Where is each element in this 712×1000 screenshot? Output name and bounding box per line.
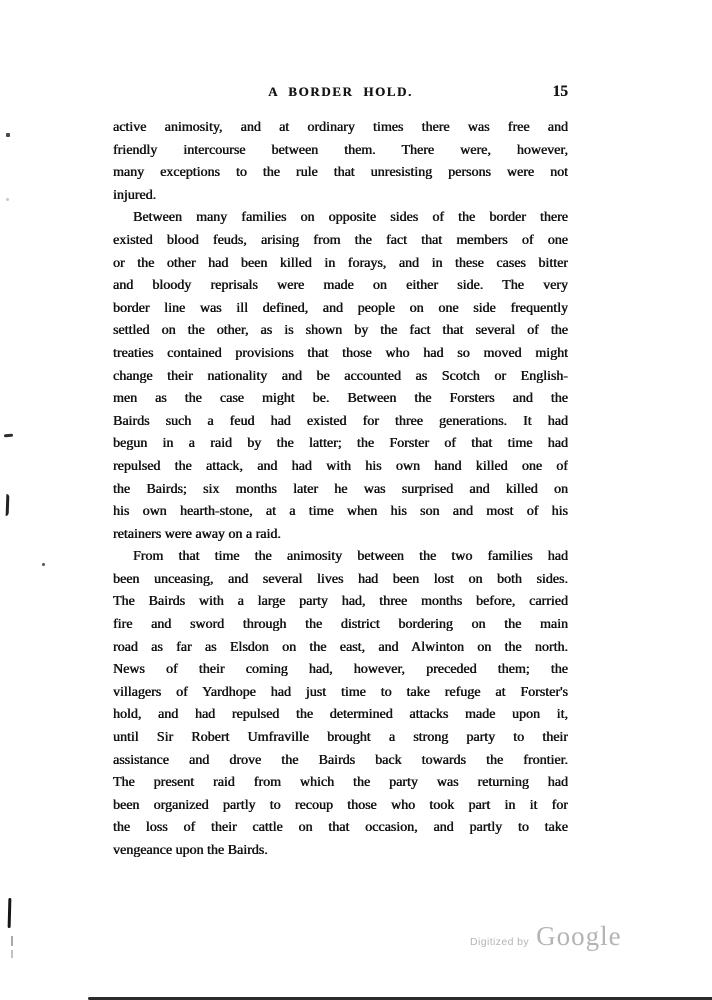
text-line: The Bairds with a large party had, three…	[113, 591, 568, 614]
text-line: The present raid from which the party wa…	[113, 772, 568, 795]
text-line: the loss of their cattle on that occasio…	[113, 817, 568, 840]
text-line: settled on the other, as is shown by the…	[113, 320, 568, 343]
text-line: injured.	[113, 185, 568, 208]
scan-edge-stroke	[8, 898, 12, 928]
text-line: begun in a raid by the latter; the Forst…	[113, 433, 568, 456]
text-line: active animosity, and at ordinary times …	[113, 117, 568, 140]
text-line: been unceasing, and several lives had be…	[113, 569, 568, 592]
scan-edge-stroke	[11, 936, 13, 946]
text-line: fire and sword through the district bord…	[113, 614, 568, 637]
text-line: road as far as Elsdon on the east, and A…	[113, 637, 568, 660]
text-line: until Sir Robert Umfraville brought a st…	[113, 727, 568, 750]
body-text: active animosity, and at ordinary times …	[113, 117, 568, 863]
text-line: hold, and had repulsed the determined at…	[113, 704, 568, 727]
text-line: men as the case might be. Between the Fo…	[113, 388, 568, 411]
text-line: existed blood feuds, arising from the fa…	[113, 230, 568, 253]
scan-speck	[6, 198, 9, 201]
text-line: friendly intercourse between them. There…	[113, 140, 568, 163]
text-line: Between many families on opposite sides …	[113, 207, 568, 230]
scan-dash-mark	[4, 434, 13, 438]
text-line: treaties contained provisions that those…	[113, 343, 568, 366]
text-line: the Bairds; six months later he was surp…	[113, 479, 568, 502]
text-line: assistance and drove the Bairds back tow…	[113, 750, 568, 773]
text-line: and bloody reprisals were made on either…	[113, 275, 568, 298]
text-line: vengeance upon the Bairds.	[113, 840, 568, 863]
text-line: border line was ill defined, and people …	[113, 298, 568, 321]
scan-speck	[42, 563, 45, 566]
text-line: From that time the animosity between the…	[113, 546, 568, 569]
text-line: his own hearth-stone, at a time when his…	[113, 501, 568, 524]
scan-tick-mark	[6, 494, 10, 516]
text-line: been organized partly to recoup those wh…	[113, 795, 568, 818]
text-line: villagers of Yardhope had just time to t…	[113, 682, 568, 705]
page-number: 15	[553, 83, 569, 101]
scan-speck	[6, 133, 10, 137]
watermark-prefix: Digitized by	[470, 936, 529, 948]
text-line: many exceptions to the rule that unresis…	[113, 162, 568, 185]
text-line: retainers were away on a raid.	[113, 524, 568, 547]
running-title: A BORDER HOLD.	[113, 84, 568, 100]
text-line: repulsed the attack, and had with his ow…	[113, 456, 568, 479]
text-line: or the other had been killed in forays, …	[113, 253, 568, 276]
text-line: News of their coming had, however, prece…	[113, 659, 568, 682]
text-line: Bairds such a feud had existed for three…	[113, 411, 568, 434]
page-header: A BORDER HOLD. 15	[113, 84, 568, 104]
scan-edge-stroke	[11, 950, 13, 958]
google-logo: Google	[536, 921, 621, 952]
text-line: change their nationality and be accounte…	[113, 366, 568, 389]
watermark: Digitized by Google	[470, 921, 622, 952]
